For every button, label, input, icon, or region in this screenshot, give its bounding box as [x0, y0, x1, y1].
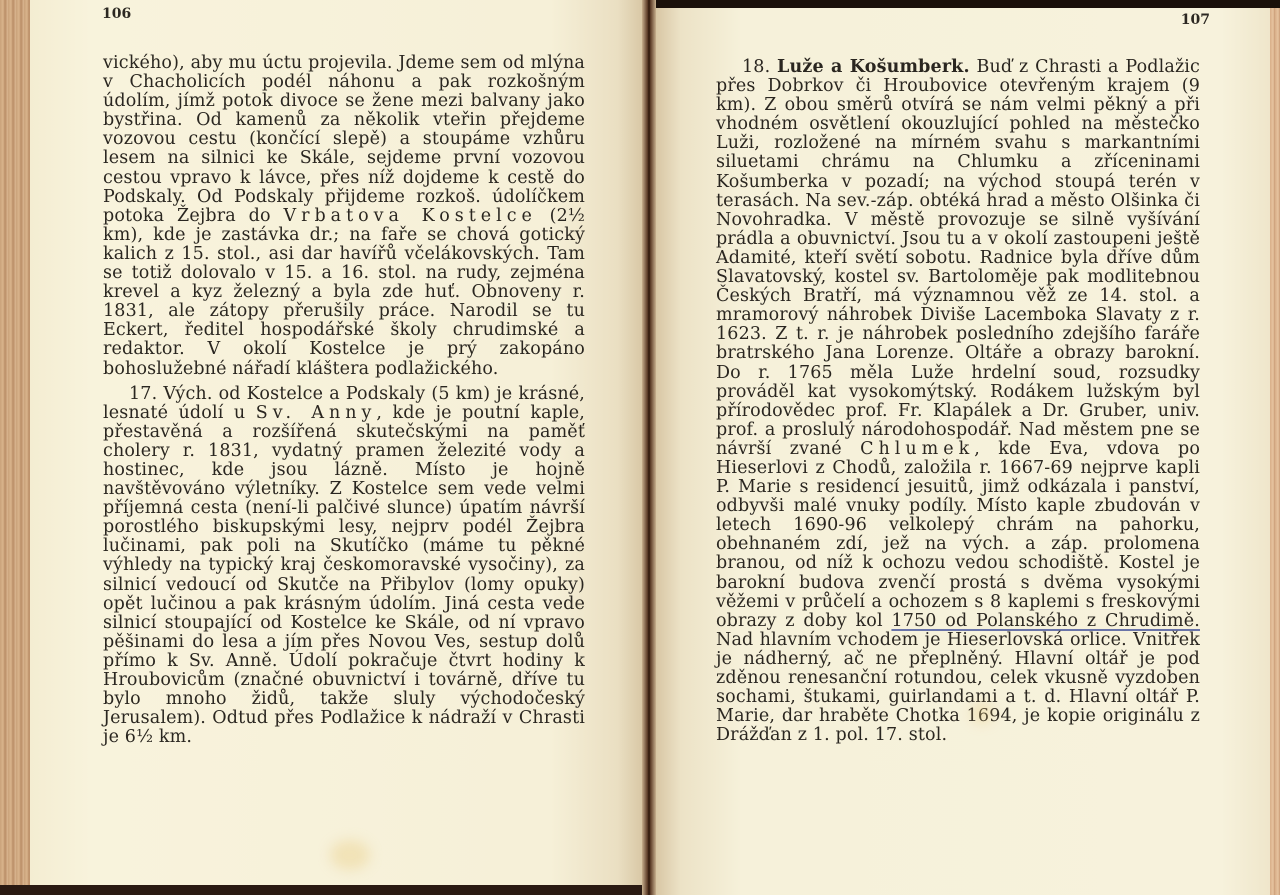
page-number-left: 106: [102, 6, 131, 22]
paragraph-continued: vického), aby mu úctu projevila. Jdeme s…: [103, 54, 585, 379]
paragraph-18: 18. Luže a Košumberk. Buď z Chrasti a Po…: [716, 58, 1200, 745]
left-page: 106 vického), aby mu úctu projevila. Jde…: [30, 0, 642, 885]
ink-underlined-text: 1750 od Polanského z Chrudimě.: [891, 611, 1200, 631]
page-edges-left: [0, 0, 30, 885]
page-number-right: 107: [1181, 12, 1210, 28]
paper-stain: [330, 840, 370, 870]
paper-stain: [971, 703, 993, 723]
open-book-spread: 106 vického), aby mu úctu projevila. Jde…: [0, 0, 1280, 895]
page-edges-right: [1270, 8, 1280, 895]
background-strip: [656, 0, 1280, 8]
paragraph-17: 17. Vých. od Kostelce a Podskaly (5 km) …: [103, 385, 585, 748]
right-page: 107 18. Luže a Košumberk. Buď z Chrasti …: [656, 8, 1270, 895]
section-title: Luže a Košumberk.: [777, 57, 970, 77]
place-name-spaced: Chlumek: [860, 439, 974, 459]
right-page-text: 18. Luže a Košumberk. Buď z Chrasti a Po…: [716, 58, 1200, 751]
book-gutter: [642, 0, 656, 895]
section-number: 17.: [129, 384, 157, 404]
section-number: 18.: [742, 57, 770, 77]
left-page-text: vického), aby mu úctu projevila. Jdeme s…: [103, 54, 585, 753]
place-name-spaced: Vrbatova Kostelce: [283, 206, 536, 226]
place-name-spaced: Sv. Anny: [256, 403, 377, 423]
